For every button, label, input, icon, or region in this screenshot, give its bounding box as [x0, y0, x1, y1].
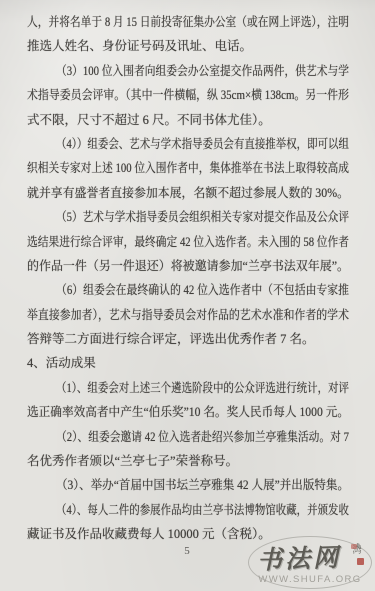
text-block: 人，并将名单于 8 月 15 日前投寄征集办公室（或在网上评选），注明推选人姓名… [27, 10, 349, 547]
text-line-content: （2）、组委会邀请 42 位入选者赴绍兴参加兰亭雅集活动。对 7 [56, 425, 349, 449]
text-line: （2）、组委会邀请 42 位入选者赴绍兴参加兰亭雅集活动。对 7 [27, 425, 349, 449]
text-line-content: （4）、每人二件的参展作品均由兰亭书法博物馆收藏，并颁发收 [56, 498, 349, 522]
text-line-content: 推选人姓名、身份证号码及讯址、电话。 [27, 34, 252, 58]
text-line: 选结果进行综合评审，最终确定 42 位入选作者。未入围的 58 位作者 [27, 230, 349, 254]
text-line: （1）、组委会对上述三个遴选阶段中的公众评选进行统计，对评 [27, 376, 349, 400]
shufa-watermark: 书法网 飞鸿 WWW.SHUFA.ORG [248, 536, 372, 589]
text-line-content: 术指导委员会评审。（其中一件横幅，纵 35cm×横 138cm。另一件形 [27, 83, 349, 107]
seal-icon: 飞鸿 [350, 543, 364, 565]
text-line: 就并享有盛誉者直接参加本展，名额不超过参展人数的 30%。 [27, 181, 349, 205]
text-line-content: 式不限，尺寸不超过 6 尺。不同书体尤佳）。 [27, 108, 271, 132]
text-line: （3）100 位入围者向组委会办公室提交作品两件，供艺术与学 [27, 59, 349, 83]
text-line-content: （6）组委会在最终确认的 42 位入选作者中（不包括由专家推 [56, 278, 349, 302]
text-line: 选正确率效高者中产生“伯乐奖”10 名。奖人民币每人 1000 元。 [27, 400, 349, 424]
text-line-content: （4））组委会、艺术与学术指导委员会有直接推举权，即可以组 [56, 132, 349, 156]
text-line: （6）组委会在最终确认的 42 位入选作者中（不包括由专家推 [27, 278, 349, 302]
text-line-content: （3）、举办“首届中国书坛兰亭雅集 42 人展”并出版特集。 [56, 473, 349, 497]
text-line: 答辩等二方面进行综合评定，评选出优秀作者 7 名。 [27, 327, 349, 351]
text-line-content: 就并享有盛誉者直接参加本展，名额不超过参展人数的 30%。 [27, 181, 349, 205]
text-line-content: 名优秀作者颁以“兰亭七子”荣誉称号。 [27, 449, 238, 473]
text-line-content: 举直接参加者），艺术与指导委员会对作品的艺术水准和作者的学术 [27, 303, 349, 327]
text-line-content: （1）、组委会对上述三个遴选阶段中的公众评选进行统计，对评 [56, 376, 349, 400]
text-line-content: 人，并将名单于 8 月 15 日前投寄征集办公室（或在网上评选），注明 [27, 10, 349, 34]
text-line: 推选人姓名、身份证号码及讯址、电话。 [27, 34, 349, 58]
text-line: 织相关专家对上述 100 位入围作者中，集体推举在书法上取得较高成 [27, 156, 349, 180]
text-line-content: 选结果进行综合评审，最终确定 42 位入选作者。未入围的 58 位作者 [27, 230, 349, 254]
text-line: 4、活动成果 [27, 351, 349, 375]
text-line-content: （3）100 位入围者向组委会办公室提交作品两件，供艺术与学 [56, 59, 349, 83]
scanned-page: 人，并将名单于 8 月 15 日前投寄征集办公室（或在网上评选），注明推选人姓名… [0, 0, 375, 591]
text-line: 式不限，尺寸不超过 6 尺。不同书体尤佳）。 [27, 108, 349, 132]
text-line-content: （5）艺术与学术指导委员会组织相关专家对提交作品及公众评 [56, 205, 349, 229]
text-line: （4）、每人二件的参展作品均由兰亭书法博物馆收藏，并颁发收 [27, 498, 349, 522]
text-line: 术指导委员会评审。（其中一件横幅，纵 35cm×横 138cm。另一件形 [27, 83, 349, 107]
text-line-content: 4、活动成果 [27, 351, 96, 375]
text-line: 名优秀作者颁以“兰亭七子”荣誉称号。 [27, 449, 349, 473]
text-line: 举直接参加者），艺术与指导委员会对作品的艺术水准和作者的学术 [27, 303, 349, 327]
text-line-content: 答辩等二方面进行综合评定，评选出优秀作者 7 名。 [27, 327, 315, 351]
text-line: （5）艺术与学术指导委员会组织相关专家对提交作品及公众评 [27, 205, 349, 229]
watermark-site-name: 书法网 [256, 537, 349, 576]
text-line-content: 织相关专家对上述 100 位入围作者中，集体推举在书法上取得较高成 [27, 156, 349, 180]
text-line: （3）、举办“首届中国书坛兰亭雅集 42 人展”并出版特集。 [27, 473, 349, 497]
text-line: （4））组委会、艺术与学术指导委员会有直接推举权，即可以组 [27, 132, 349, 156]
text-line: 人，并将名单于 8 月 15 日前投寄征集办公室（或在网上评选），注明 [27, 10, 349, 34]
text-line-content: 选正确率效高者中产生“伯乐奖”10 名。奖人民币每人 1000 元。 [27, 400, 349, 424]
text-line-content: 藏证书及作品收藏费每人 10000 元（含税）。 [27, 522, 271, 546]
text-line: 的作品一件（另一件退还）将被邀请参加“兰亭书法双年展”。 [27, 254, 349, 278]
text-line-content: 的作品一件（另一件退还）将被邀请参加“兰亭书法双年展”。 [27, 254, 349, 278]
watermark-site-url: WWW.SHUFA.ORG [249, 574, 371, 585]
